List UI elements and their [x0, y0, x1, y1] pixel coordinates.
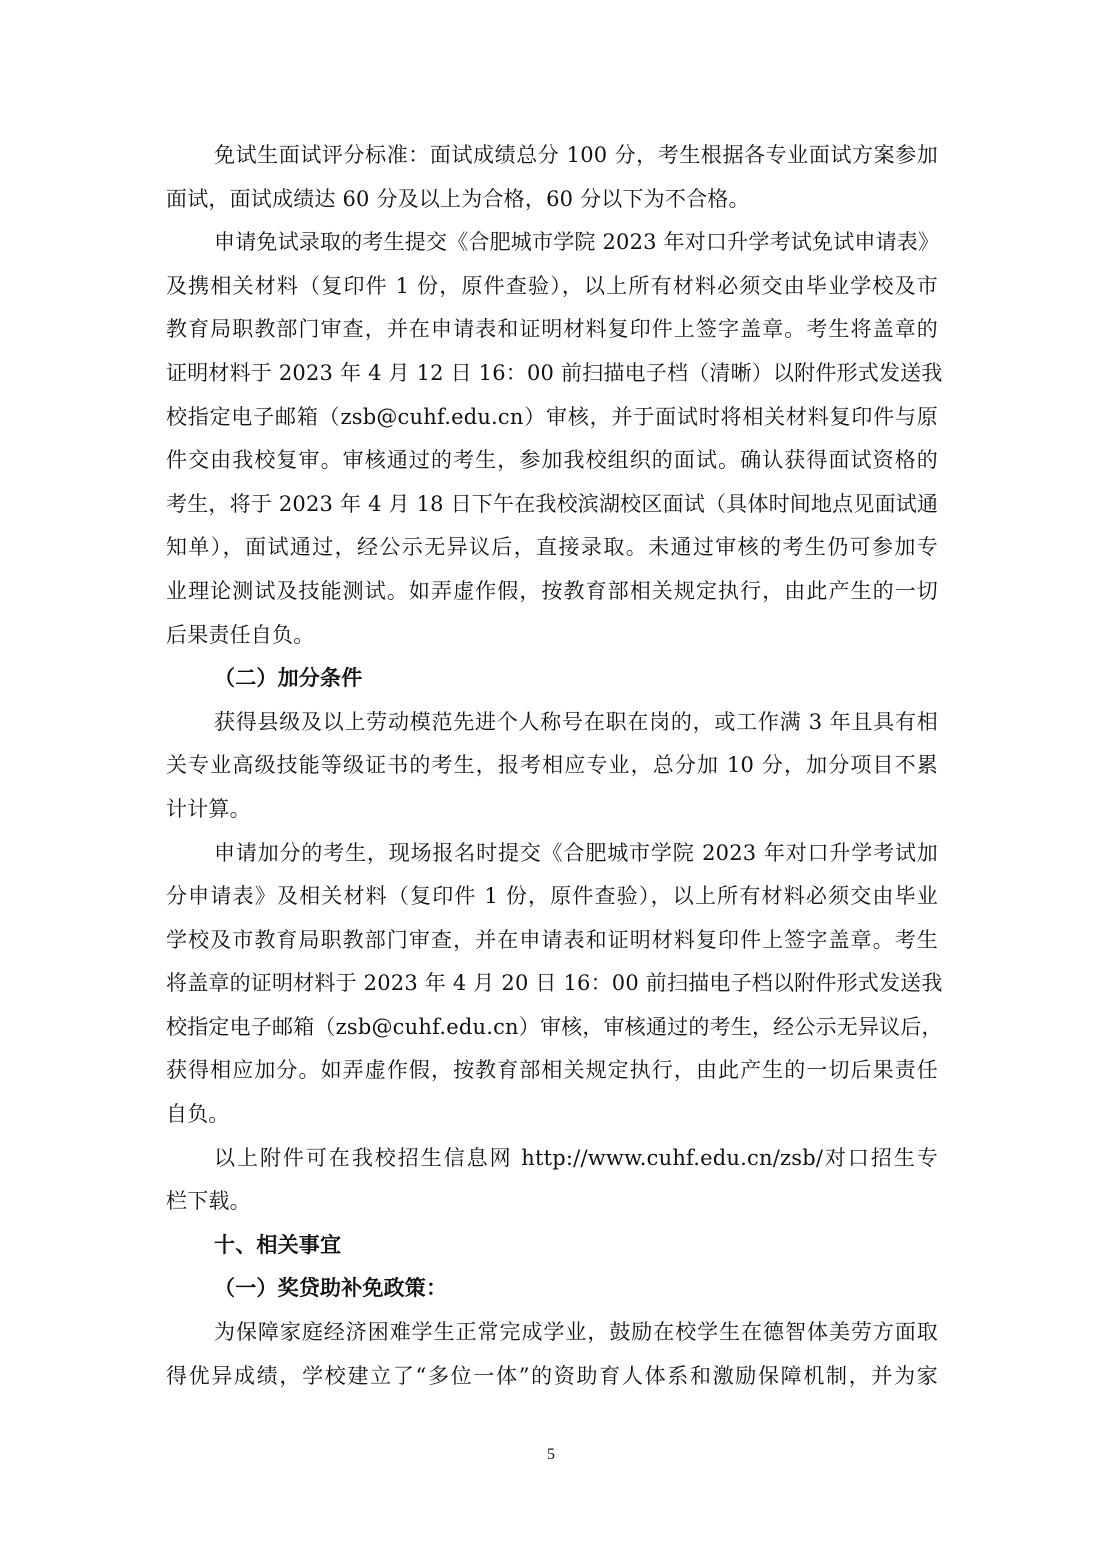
text-line: 申请加分的考生，现场报名时提交《合肥城市学院 2023 年对口升学考试加: [166, 832, 938, 876]
text-line: 将盖章的证明材料于 2023 年 4 月 20 日 16：00 前扫描电子档以附…: [166, 962, 938, 1006]
paragraph-financial-aid: 为保障家庭经济困难学生正常完成学业，鼓励在校学生在德智体美劳方面取 得优异成绩，…: [166, 1311, 938, 1398]
text-line: 教育局职教部门审查，并在申请表和证明材料复印件上签字盖章。考生将盖章的: [166, 308, 938, 352]
paragraph-interview-scoring: 免试生面试评分标准：面试成绩总分 100 分，考生根据各专业面试方案参加 面试，…: [166, 134, 938, 221]
page-number: 5: [0, 1446, 1102, 1464]
text-line: 件交由我校复审。审核通过的考生，参加我校组织的面试。确认获得面试资格的: [166, 439, 938, 483]
text-line: 考生，将于 2023 年 4 月 18 日下午在我校滨湖校区面试（具体时间地点见…: [166, 483, 938, 527]
text-line: 获得相应加分。如弄虚作假，按教育部相关规定执行，由此产生的一切后果责任: [166, 1049, 938, 1093]
text-line: 申请免试录取的考生提交《合肥城市学院 2023 年对口升学考试免试申请表》: [166, 221, 938, 265]
text-line: 分申请表》及相关材料（复印件 1 份，原件查验），以上所有材料必须交由毕业: [166, 875, 938, 919]
section-heading-bonus-conditions: （二）加分条件: [166, 657, 938, 701]
paragraph-exemption-application: 申请免试录取的考生提交《合肥城市学院 2023 年对口升学考试免试申请表》 及携…: [166, 221, 938, 657]
text-line: 后果责任自负。: [166, 614, 938, 658]
text-line: 校指定电子邮箱（zsb@cuhf.edu.cn）审核，并于面试时将相关材料复印件…: [166, 396, 938, 440]
text-line: 计计算。: [166, 788, 938, 832]
text-line: 面试，面试成绩达 60 分及以上为合格，60 分以下为不合格。: [166, 178, 938, 222]
text-line-with-url: 以上附件可在我校招生信息网 http://www.cuhf.edu.cn/zsb…: [166, 1137, 938, 1181]
text-line: 栏下载。: [166, 1180, 938, 1224]
text-line: 证明材料于 2023 年 4 月 12 日 16：00 前扫描电子档（清晰）以附…: [166, 352, 938, 396]
text-line: 知单），面试通过，经公示无异议后，直接录取。未通过审核的考生仍可参加专: [166, 526, 938, 570]
document-page: 免试生面试评分标准：面试成绩总分 100 分，考生根据各专业面试方案参加 面试，…: [166, 134, 938, 1398]
subsection-heading-financial-aid: （一）奖贷助补免政策：: [166, 1267, 938, 1311]
text-line: 关专业高级技能等级证书的考生，报考相应专业，总分加 10 分，加分项目不累: [166, 744, 938, 788]
text-line: 学校及市教育局职教部门审查，并在申请表和证明材料复印件上签字盖章。考生: [166, 919, 938, 963]
text-line: 获得县级及以上劳动模范先进个人称号在职在岗的，或工作满 3 年且具有相: [166, 701, 938, 745]
section-heading-related-matters: 十、相关事宜: [166, 1224, 938, 1268]
text-line: 为保障家庭经济困难学生正常完成学业，鼓励在校学生在德智体美劳方面取: [166, 1311, 938, 1355]
text-line: 免试生面试评分标准：面试成绩总分 100 分，考生根据各专业面试方案参加: [166, 134, 938, 178]
text-line: 得优异成绩，学校建立了“多位一体”的资助育人体系和激励保障机制，并为家: [166, 1355, 938, 1399]
text-line: 及携相关材料（复印件 1 份，原件查验），以上所有材料必须交由毕业学校及市: [166, 265, 938, 309]
text-line: 校指定电子邮箱（zsb@cuhf.edu.cn）审核，审核通过的考生，经公示无异…: [166, 1006, 938, 1050]
text-line: 业理论测试及技能测试。如弄虚作假，按教育部相关规定执行，由此产生的一切: [166, 570, 938, 614]
paragraph-bonus-eligibility: 获得县级及以上劳动模范先进个人称号在职在岗的，或工作满 3 年且具有相 关专业高…: [166, 701, 938, 832]
text-line: 自负。: [166, 1093, 938, 1137]
paragraph-bonus-application: 申请加分的考生，现场报名时提交《合肥城市学院 2023 年对口升学考试加 分申请…: [166, 832, 938, 1137]
paragraph-attachments-download: 以上附件可在我校招生信息网 http://www.cuhf.edu.cn/zsb…: [166, 1137, 938, 1224]
